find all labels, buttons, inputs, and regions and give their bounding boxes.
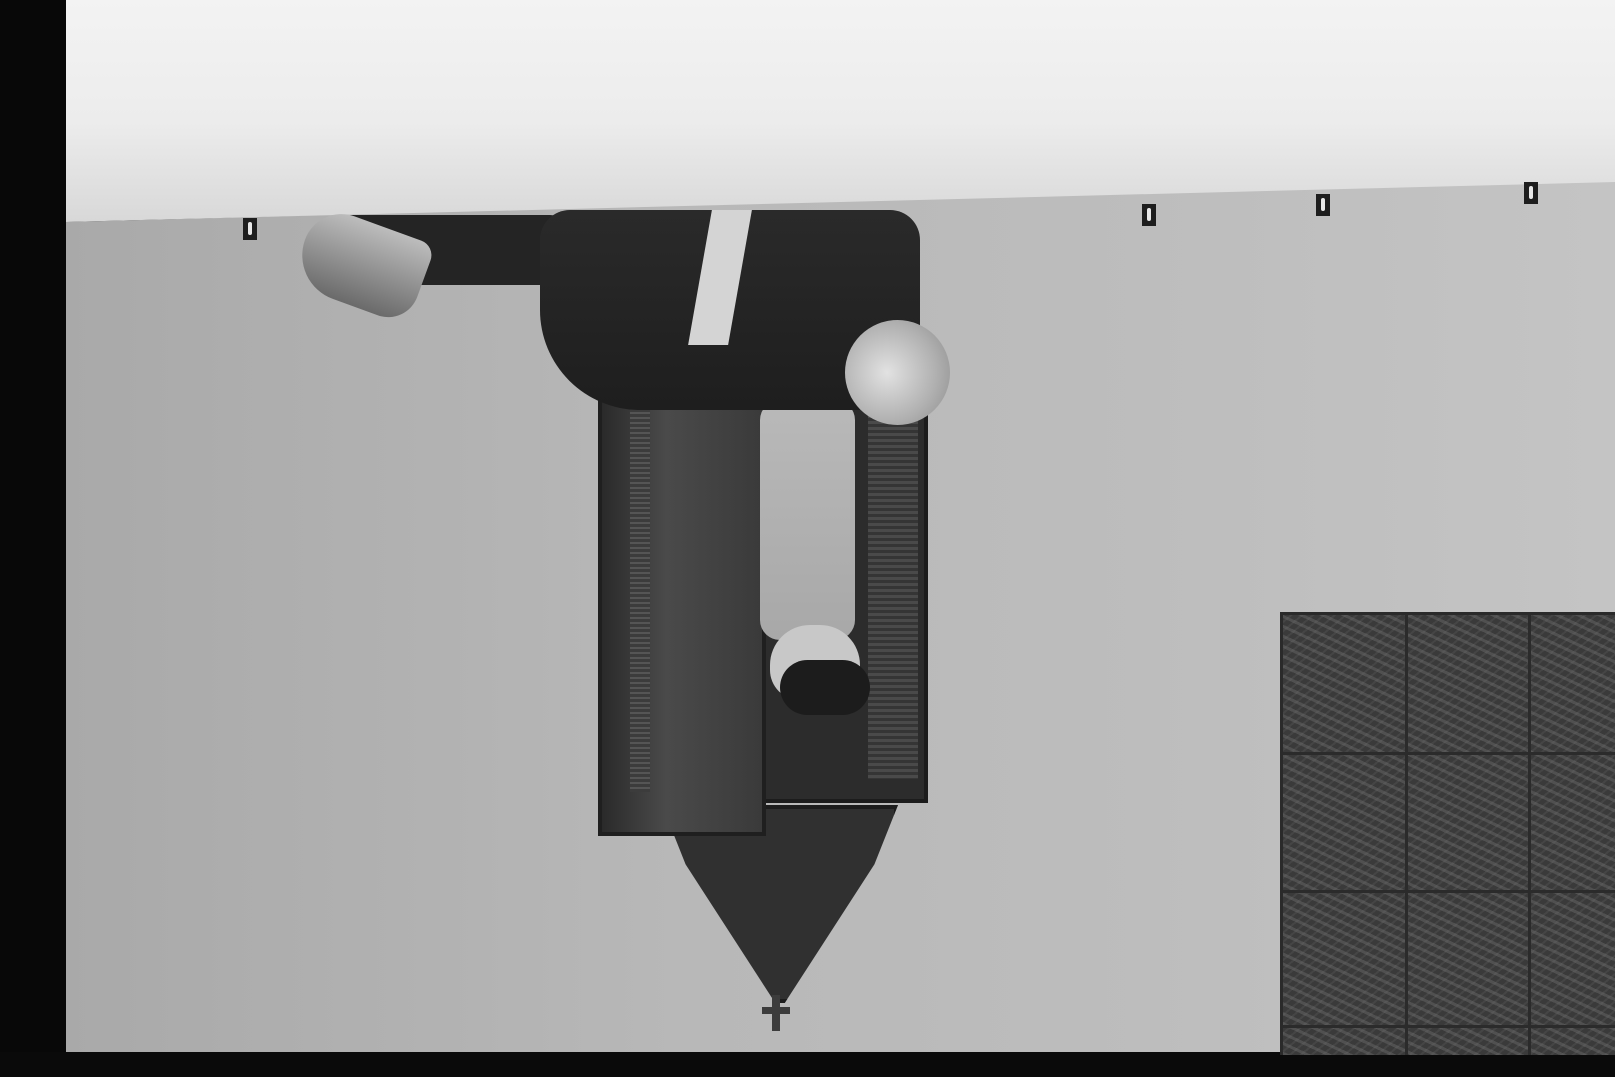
panel-seam bbox=[1283, 890, 1615, 893]
ceiling-clip bbox=[243, 218, 257, 240]
film-border-bottom bbox=[0, 1052, 1615, 1077]
panel-seam bbox=[1528, 615, 1531, 1055]
ceiling-clip bbox=[1316, 194, 1330, 216]
panel-seam bbox=[1283, 1025, 1615, 1028]
film-border-left bbox=[0, 0, 66, 1077]
panel-seam bbox=[1283, 752, 1615, 755]
textured-panel bbox=[1280, 612, 1615, 1055]
photograph: Black-and-white film photograph shown up… bbox=[0, 0, 1615, 1077]
ceiling-clip bbox=[1142, 204, 1156, 226]
ceiling-clip bbox=[1524, 182, 1538, 204]
person-leaning-hair bbox=[845, 320, 950, 425]
person-in-coffin-hair bbox=[780, 660, 870, 715]
panel-seam bbox=[1405, 615, 1408, 1055]
person-in-coffin-body bbox=[760, 400, 855, 640]
cross-icon bbox=[772, 995, 780, 1031]
